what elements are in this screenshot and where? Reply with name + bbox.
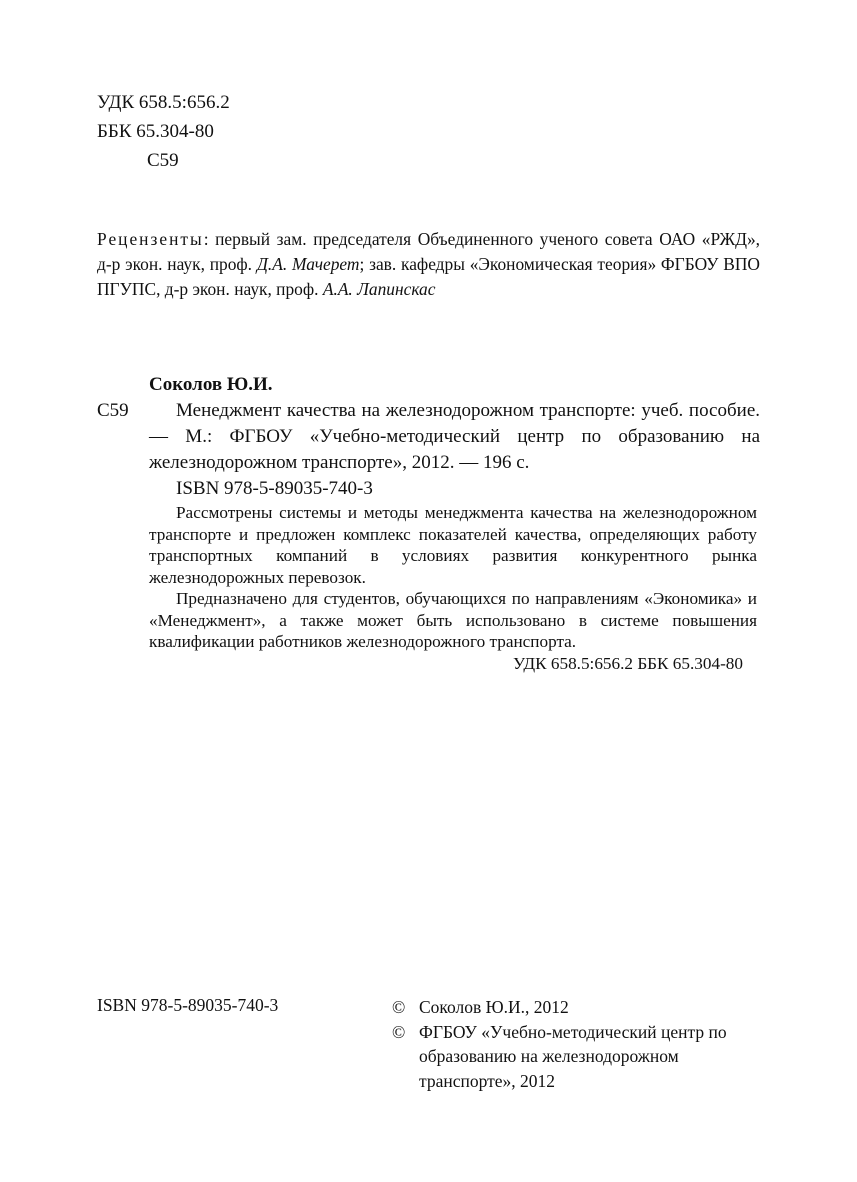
record-isbn: ISBN 978-5-89035-740-3 <box>97 476 760 502</box>
annotation-paragraph-2: Предназначено для студентов, обучающихся… <box>149 588 757 653</box>
copyright-icon: © <box>392 1020 405 1045</box>
bbk-code: ББК 65.304-80 <box>97 117 230 146</box>
annotation-block: Рассмотрены системы и методы менеджмента… <box>149 502 757 674</box>
annotation-bbk: ББК 65.304-80 <box>637 653 743 675</box>
reviewer-name-2: А.А. Лапинскас <box>323 279 436 299</box>
copyright-publisher-text: ФГБОУ «Учебно-методический центр по обра… <box>419 1022 727 1091</box>
annotation-paragraph-1: Рассмотрены системы и методы менеджмента… <box>149 502 757 588</box>
author-mark: С59 <box>97 146 230 175</box>
reviewer-name-1: Д.А. Мачерет <box>257 254 360 274</box>
classification-block: УДК 658.5:656.2 ББК 65.304-80 С59 <box>97 88 230 175</box>
record-entry: С59 Менеджмент качества на железнодорожн… <box>97 398 760 476</box>
footer-isbn: ISBN 978-5-89035-740-3 <box>97 995 278 1016</box>
bibliographic-record: Соколов Ю.И. С59 Менеджмент качества на … <box>97 372 760 502</box>
annotation-codes: УДК 658.5:656.2 ББК 65.304-80 <box>149 653 757 675</box>
annotation-udk: УДК 658.5:656.2 <box>513 653 633 675</box>
copyright-publisher: © ФГБОУ «Учебно-методический центр по об… <box>392 1020 762 1094</box>
copyright-icon: © <box>392 995 405 1020</box>
copyright-author: © Соколов Ю.И., 2012 <box>392 995 762 1020</box>
copyright-block: © Соколов Ю.И., 2012 © ФГБОУ «Учебно-мет… <box>392 995 762 1093</box>
record-author: Соколов Ю.И. <box>97 372 760 398</box>
udk-code: УДК 658.5:656.2 <box>97 88 230 117</box>
record-description: Менеджмент качества на железнодорожном т… <box>149 398 760 476</box>
record-code: С59 <box>97 398 129 424</box>
reviewers-block: Рецензенты: первый зам. председателя Объ… <box>97 227 760 302</box>
copyright-author-text: Соколов Ю.И., 2012 <box>419 997 569 1017</box>
reviewers-label: Рецензенты <box>97 229 204 249</box>
